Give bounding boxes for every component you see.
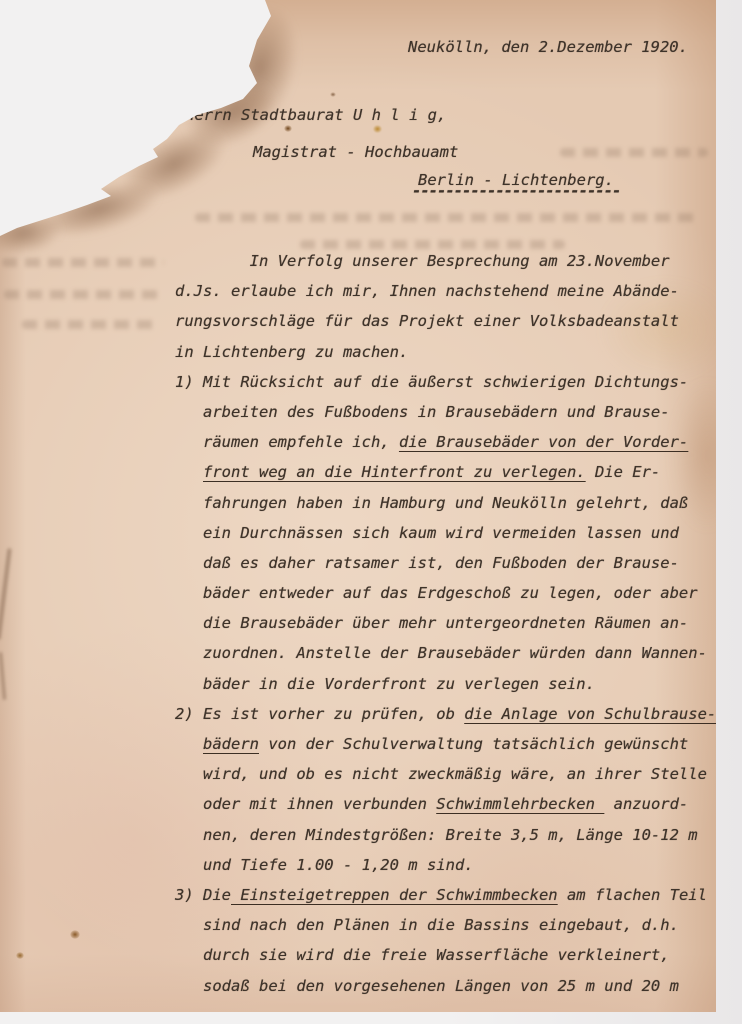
recipient-office: Magistrat - Hochbauamt bbox=[253, 143, 458, 161]
body-line: nen, deren Mindestgrößen: Breite 3,5 m, … bbox=[175, 820, 722, 850]
underlined-text: Schwimmlehrbecken bbox=[436, 795, 604, 813]
body-line: rungsvorschläge für das Projekt einer Vo… bbox=[175, 306, 722, 336]
body-line: in Lichtenberg zu machen. bbox=[175, 337, 722, 367]
body-line: oder mit ihnen verbunden Schwimmlehrbeck… bbox=[175, 789, 722, 819]
text-run: zuordnen. Anstelle der Brausebäder würde… bbox=[175, 644, 707, 662]
underlined-text: front weg an die Hinterfront zu verlegen… bbox=[203, 463, 586, 481]
recipient-name: Herrn Stadtbaurat U h l i g, bbox=[185, 106, 446, 124]
text-run: nen, deren Mindestgrößen: Breite 3,5 m, … bbox=[175, 826, 698, 844]
recipient-underline-dashes: ------------------------- bbox=[412, 182, 620, 200]
date-line: Neukölln, den 2.Dezember 1920. bbox=[408, 38, 688, 56]
stain-spot bbox=[373, 125, 382, 133]
body-line: front weg an die Hinterfront zu verlegen… bbox=[175, 457, 722, 487]
letter-body: In Verfolg unserer Besprechung am 23.Nov… bbox=[175, 246, 722, 1001]
scanned-letter-page: Neukölln, den 2.Dezember 1920. Herrn Sta… bbox=[0, 0, 742, 1024]
text-run: in Lichtenberg zu machen. bbox=[175, 343, 408, 361]
body-line: ein Durchnässen sich kaum wird vermeiden… bbox=[175, 518, 722, 548]
text-run: fahrungen haben in Hamburg und Neukölln … bbox=[175, 494, 688, 512]
underlined-text: die Brausebäder von der Vorder- bbox=[399, 433, 688, 451]
torn-edge-shading bbox=[0, 207, 65, 259]
text-run: bäder entweder auf das Erdgeschoß zu leg… bbox=[175, 584, 698, 602]
underlined-text: bädern bbox=[203, 735, 259, 753]
stain-spot bbox=[284, 125, 292, 132]
text-run: ein Durchnässen sich kaum wird vermeiden… bbox=[175, 524, 679, 542]
text-run: oder mit ihnen verbunden bbox=[175, 795, 436, 813]
bleed-through-text bbox=[4, 290, 159, 299]
text-run: wird, und ob es nicht zweckmäßig wäre, a… bbox=[175, 765, 707, 783]
stain-spot bbox=[70, 930, 80, 939]
text-run: sind nach den Plänen in die Bassins eing… bbox=[175, 916, 679, 934]
paper-crease bbox=[0, 548, 12, 640]
body-line: bäder entweder auf das Erdgeschoß zu leg… bbox=[175, 578, 722, 608]
body-line: die Brausebäder über mehr untergeordnete… bbox=[175, 608, 722, 638]
body-line: sind nach den Plänen in die Bassins eing… bbox=[175, 910, 722, 940]
text-run: von der Schulverwaltung tatsächlich gewü… bbox=[259, 735, 688, 753]
underlined-text: Einsteigetreppen der Schwimmbecken bbox=[231, 886, 558, 904]
text-run: räumen empfehle ich, bbox=[175, 433, 399, 451]
text-run: In Verfolg unserer Besprechung am 23.Nov… bbox=[175, 252, 670, 270]
body-line: 3) Die Einsteigetreppen der Schwimmbecke… bbox=[175, 880, 722, 910]
body-line: d.Js. erlaube ich mir, Ihnen nachstehend… bbox=[175, 276, 722, 306]
text-run: daß es daher ratsamer ist, den Fußboden … bbox=[175, 554, 679, 572]
body-line: fahrungen haben in Hamburg und Neukölln … bbox=[175, 488, 722, 518]
text-run: anzuord- bbox=[604, 795, 688, 813]
text-run: d.Js. erlaube ich mir, Ihnen nachstehend… bbox=[175, 282, 679, 300]
body-line: wird, und ob es nicht zweckmäßig wäre, a… bbox=[175, 759, 722, 789]
text-run: arbeiten des Fußbodens in Brausebädern u… bbox=[175, 403, 670, 421]
body-line: arbeiten des Fußbodens in Brausebädern u… bbox=[175, 397, 722, 427]
body-line: räumen empfehle ich, die Brausebäder von… bbox=[175, 427, 722, 457]
text-run: die Brausebäder über mehr untergeordnete… bbox=[175, 614, 688, 632]
text-run: 1) Mit Rücksicht auf die äußerst schwier… bbox=[175, 373, 688, 391]
body-line: bädern von der Schulverwaltung tatsächli… bbox=[175, 729, 722, 759]
underlined-text: die Anlage von Schulbrause- bbox=[464, 705, 716, 723]
bleed-through-text bbox=[2, 258, 164, 267]
text-run: sodaß bei den vorgesehenen Längen von 25… bbox=[175, 977, 679, 995]
bleed-through-text bbox=[22, 320, 160, 329]
bleed-through-text bbox=[560, 148, 708, 157]
paper-crease bbox=[0, 652, 6, 700]
body-line: In Verfolg unserer Besprechung am 23.Nov… bbox=[175, 246, 722, 276]
body-line: und Tiefe 1.00 - 1,20 m sind. bbox=[175, 850, 722, 880]
text-run bbox=[175, 463, 203, 481]
body-line: daß es daher ratsamer ist, den Fußboden … bbox=[175, 548, 722, 578]
text-run: rungsvorschläge für das Projekt einer Vo… bbox=[175, 312, 679, 330]
body-line: sodaß bei den vorgesehenen Längen von 25… bbox=[175, 971, 722, 1001]
text-run: 3) Die bbox=[175, 886, 231, 904]
text-run: am flachen Teil bbox=[558, 886, 707, 904]
text-run: durch sie wird die freie Wasserfläche ve… bbox=[175, 946, 670, 964]
body-line: bäder in die Vorderfront zu verlegen sei… bbox=[175, 669, 722, 699]
letter-paper: Neukölln, den 2.Dezember 1920. Herrn Sta… bbox=[0, 0, 742, 1024]
text-run: und Tiefe 1.00 - 1,20 m sind. bbox=[175, 856, 474, 874]
body-line: 1) Mit Rücksicht auf die äußerst schwier… bbox=[175, 367, 722, 397]
bleed-through-text bbox=[195, 213, 695, 222]
text-run: bäder in die Vorderfront zu verlegen sei… bbox=[175, 675, 595, 693]
body-line: durch sie wird die freie Wasserfläche ve… bbox=[175, 940, 722, 970]
stain-spot bbox=[16, 952, 24, 959]
body-line: 2) Es ist vorher zu prüfen, ob die Anlag… bbox=[175, 699, 722, 729]
text-run bbox=[175, 735, 203, 753]
body-line: zuordnen. Anstelle der Brausebäder würde… bbox=[175, 638, 722, 668]
text-run: Die Er- bbox=[586, 463, 661, 481]
stain-spot bbox=[330, 92, 336, 97]
text-run: 2) Es ist vorher zu prüfen, ob bbox=[175, 705, 464, 723]
